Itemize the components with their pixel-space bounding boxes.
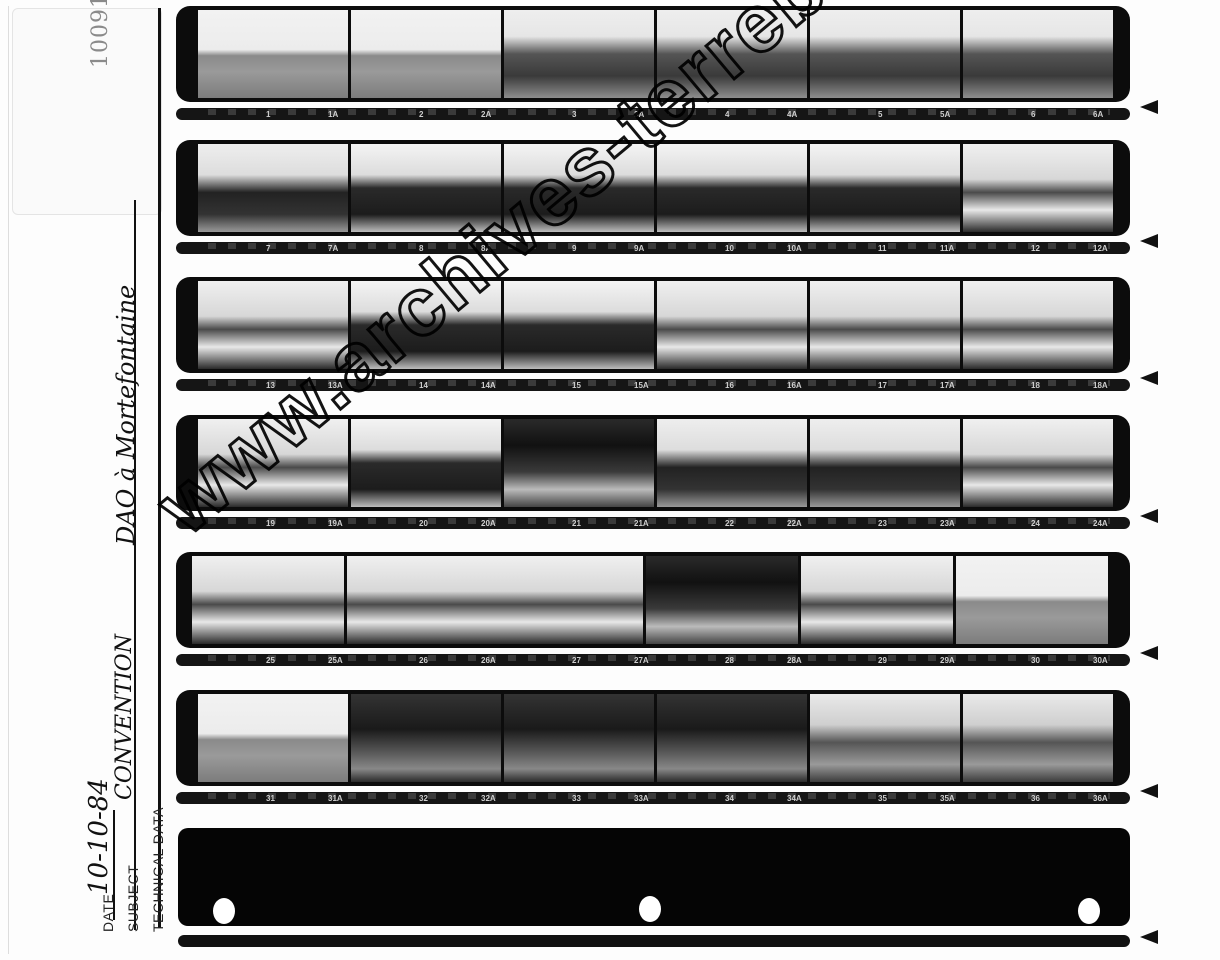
photo-frame[interactable] [963,281,1113,369]
photo-frame[interactable] [956,556,1108,644]
frame-number: 1A [328,110,338,119]
frame-number: 22 [725,519,734,528]
arrow-left-icon [1140,234,1158,248]
frame-number: 16 [725,381,734,390]
photo-frame[interactable] [198,694,348,782]
frame-number: 1 [266,110,270,119]
frame-number: 26 [419,656,428,665]
photo-frame[interactable] [657,144,807,232]
frame-number: 14A [481,381,496,390]
frame-number: 36 [1031,794,1040,803]
photo-frame[interactable] [657,281,807,369]
frame-number: 7A [328,244,338,253]
photo-frame[interactable] [351,419,501,507]
frame-number: 26A [481,656,496,665]
photo-frame[interactable] [963,419,1113,507]
photo-frame[interactable] [810,10,960,98]
blank-film-strip [178,828,1130,926]
arrow-left-icon [1140,371,1158,385]
frame-number: 15A [634,381,649,390]
frame-number: 9A [634,244,644,253]
photo-frame[interactable] [963,10,1113,98]
photo-frame[interactable] [657,694,807,782]
frame-number: 21 [572,519,581,528]
frame-number: 5 [878,110,882,119]
subject-label: SUBJECT [125,865,141,932]
arrow-left-icon [1140,646,1158,660]
film-edge: 2525A2626A2727A2828A2929A3030A [176,654,1130,666]
film-edge: 1919A2020A2121A2222A2323A2424A [176,517,1130,529]
frame-number: 31A [328,794,343,803]
photo-frame[interactable] [504,281,654,369]
photo-frame[interactable] [504,419,654,507]
film-edge [178,935,1130,947]
technical-data-label: TECHNICAL DATA [150,807,166,932]
frame-number: 6 [1031,110,1035,119]
arrow-left-icon [1140,100,1158,114]
frame-number: 16A [787,381,802,390]
frame-number: 19 [266,519,275,528]
frame-number: 34 [725,794,734,803]
frame-number: 25A [328,656,343,665]
frame-number: 7 [266,244,270,253]
frame-number: 28 [725,656,734,665]
frame-number: 2 [419,110,423,119]
handwritten-date: 10-10-84 [84,778,114,895]
frame-number: 24 [1031,519,1040,528]
frame-number: 9 [572,244,576,253]
frame-number: 29A [940,656,955,665]
frame-number: 10 [725,244,734,253]
frame-number: 24A [1093,519,1108,528]
frame-number: 27A [634,656,649,665]
photo-frame[interactable] [351,694,501,782]
frame-number: 19A [328,519,343,528]
arrow-left-icon [1140,784,1158,798]
photo-frame[interactable] [646,556,798,644]
reference-number: 10091 [88,0,113,68]
frame-number: 12A [1093,244,1108,253]
frame-number: 11 [878,244,886,253]
frame-number: 36A [1093,794,1108,803]
frame-number: 35A [940,794,955,803]
punch-hole [213,898,235,924]
photo-frame[interactable] [810,144,960,232]
frame-number: 23A [940,519,955,528]
photo-frame[interactable] [810,419,960,507]
film-strip [176,690,1130,786]
film-strip [176,552,1130,648]
frame-number: 20A [481,519,496,528]
photo-frame[interactable] [963,694,1113,782]
frame-number: 11A [940,244,954,253]
photo-frame[interactable] [504,694,654,782]
photo-frame[interactable] [347,556,643,644]
photo-frame[interactable] [351,10,501,98]
frame-number: 5A [940,110,950,119]
film-edge: 77A88A99A1010A1111A1212A [176,242,1130,254]
frame-number: 17 [878,381,887,390]
frame-number: 20 [419,519,428,528]
photo-frame[interactable] [810,281,960,369]
frame-number: 25 [266,656,275,665]
frame-number: 30 [1031,656,1040,665]
frame-number: 33A [634,794,649,803]
film-edge: 3131A3232A3333A3434A3535A3636A [176,792,1130,804]
frame-number: 17A [940,381,955,390]
frame-number: 21A [634,519,649,528]
frame-number: 34A [787,794,802,803]
frame-number: 4A [787,110,797,119]
photo-frame[interactable] [963,144,1113,232]
handwritten-subject-2: DAO à Mortefontaine [112,285,140,545]
frame-number: 29 [878,656,887,665]
punch-hole [1078,898,1100,924]
frame-number: 12 [1031,244,1040,253]
frame-number: 15 [572,381,581,390]
frame-number: 33 [572,794,581,803]
arrow-left-icon [1140,930,1158,944]
frame-number: 28A [787,656,802,665]
frame-number: 27 [572,656,581,665]
frame-number: 18 [1031,381,1040,390]
photo-frame[interactable] [801,556,953,644]
frame-number: 10A [787,244,802,253]
frame-number: 14 [419,381,428,390]
date-label: DATE [100,894,116,932]
photo-frame[interactable] [198,10,348,98]
frame-number: 6A [1093,110,1103,119]
photo-frame[interactable] [198,144,348,232]
frame-number: 35 [878,794,887,803]
frame-number: 22A [787,519,802,528]
frame-number: 23 [878,519,887,528]
handwritten-subject-1: CONVENTION [112,634,137,800]
reference-label-card [12,8,162,215]
frame-number: 32A [481,794,496,803]
punch-hole [639,896,661,922]
frame-number: 18A [1093,381,1108,390]
frame-number: 32 [419,794,428,803]
arrow-left-icon [1140,509,1158,523]
photo-frame[interactable] [192,556,344,644]
photo-frame[interactable] [810,694,960,782]
photo-frame[interactable] [657,419,807,507]
frame-number: 30A [1093,656,1108,665]
frame-number: 2A [481,110,491,119]
frame-number: 31 [266,794,275,803]
